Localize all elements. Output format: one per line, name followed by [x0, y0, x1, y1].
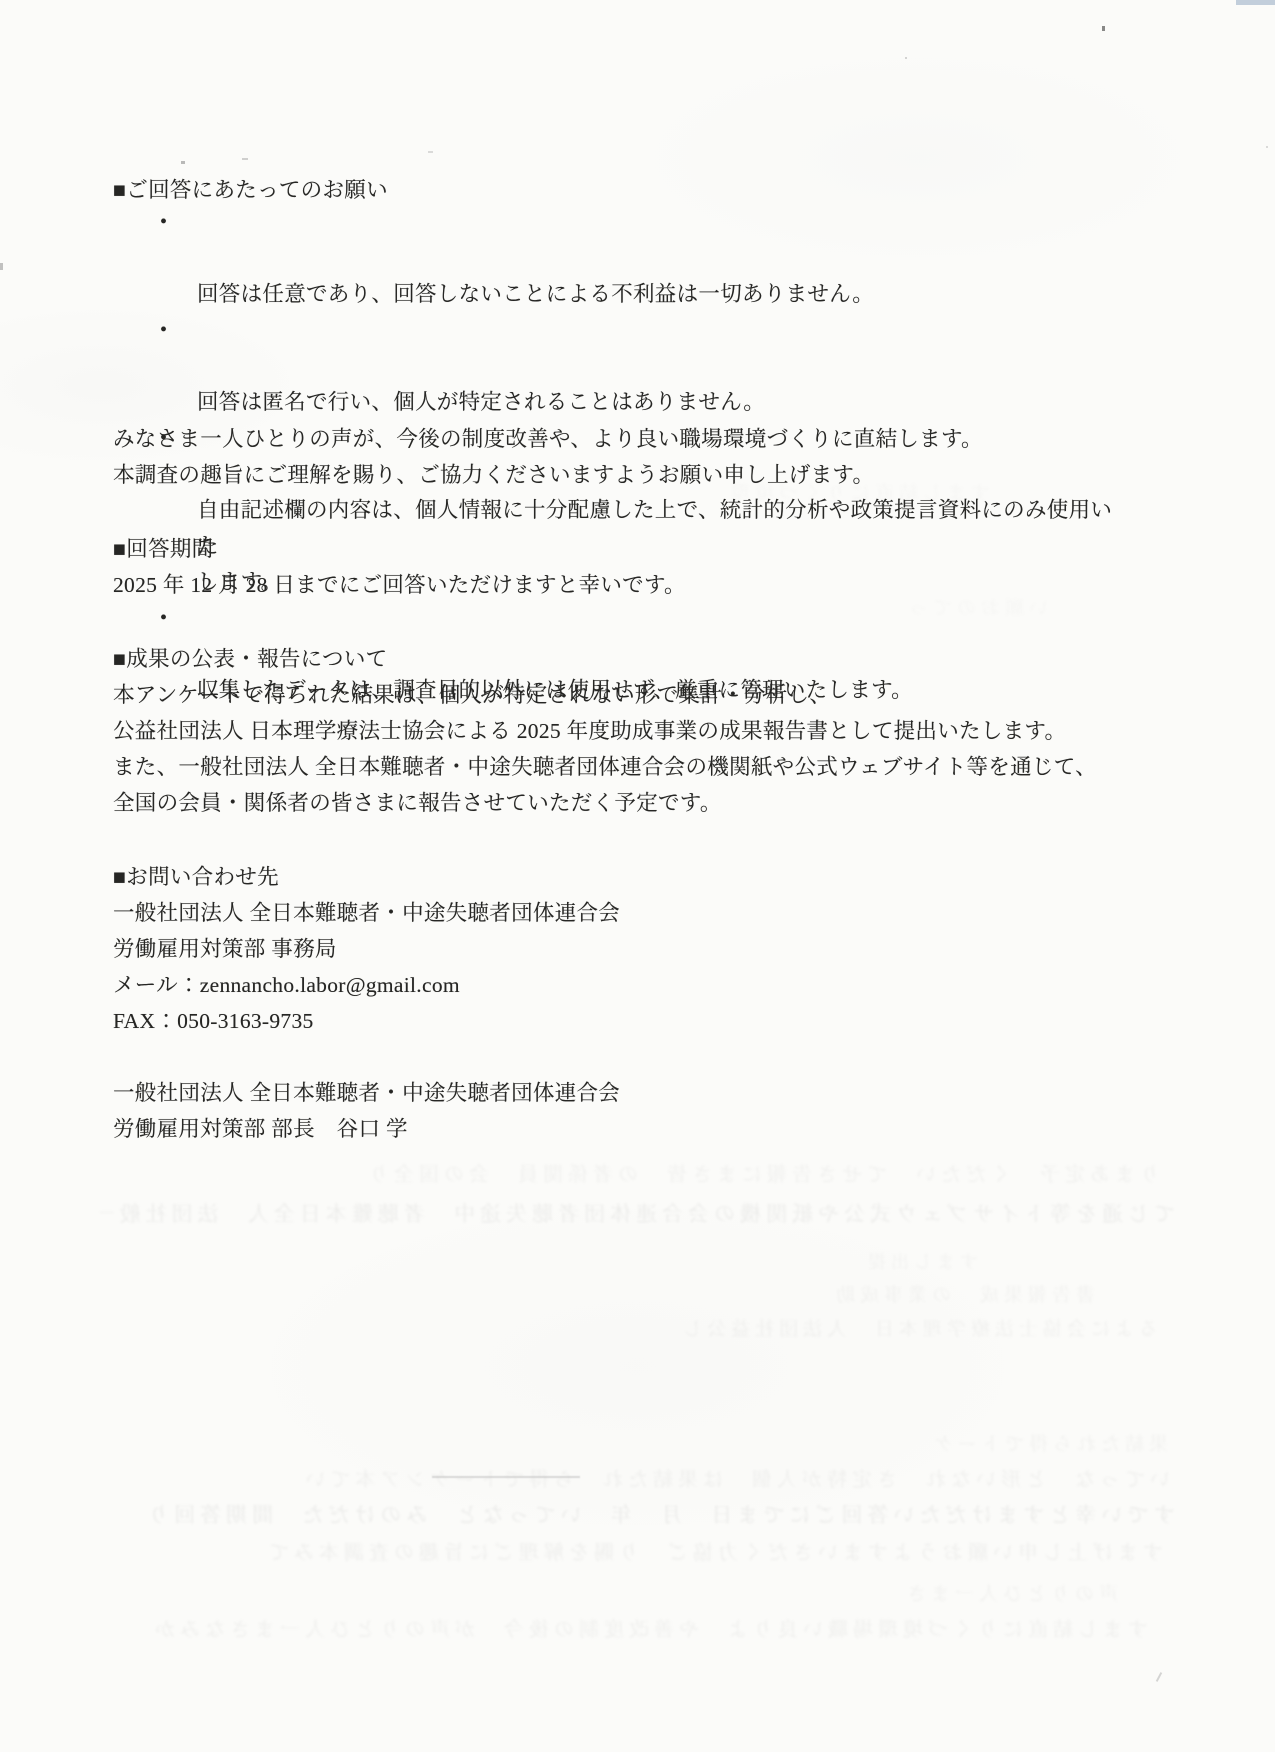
bleedthrough-text: てじ通を等トイサブェウ式公や紙関機の会合連体団者聴失途中 者聴難本日全人 法団社…	[100, 1202, 1175, 1226]
scan-speckle	[905, 57, 907, 59]
section-heading-contact: ■お問い合わせ先	[113, 859, 620, 895]
bleedthrough-text: すでい幸とすまけだたい答回ごにでま日 月 年 いてっなと みのけだた 間期答回り	[100, 1503, 1175, 1527]
scan-speckle	[428, 151, 433, 153]
paragraph-line: 本調査の趣旨にご理解を賜り、ご協力くださいますようお願い申し上げます。	[113, 457, 983, 493]
signature-block: 一般社団法人 全日本難聴者・中途失聴者団体連合会 労働雇用対策部 部長 谷口 学	[113, 1075, 620, 1147]
bullet-icon: •	[160, 312, 167, 348]
scan-speckle	[0, 263, 3, 270]
bleedthrough-text: いてっな と形いなれ さ定特が人個 は果結たれ ら得でトーケンア本てい	[205, 1468, 1170, 1492]
paragraph-line: 公益社団法人 日本理学療法士協会による 2025 年度助成事業の成果報告書として…	[113, 713, 1097, 749]
signature-organization: 一般社団法人 全日本難聴者・中途失聴者団体連合会	[113, 1075, 620, 1111]
list-item: • 回答は任意であり、回答しないことによる不利益は一切ありません。	[113, 204, 1123, 312]
bleedthrough-text: 書告報果成 の業事成助	[775, 1284, 1095, 1308]
section-heading-publication: ■成果の公表・報告について	[113, 641, 1097, 677]
scan-speckle	[1266, 146, 1268, 148]
list-item: • 回答は匿名で行い、個人が特定されることはありません。	[113, 312, 1123, 420]
paragraph-line: 本アンケートで得られた結果は、個人が特定されない形で集計・分析し、	[113, 677, 1097, 713]
paragraph-line: みなさま一人ひとりの声が、今後の制度改善や、より良い職場環境づくりに直結します。	[113, 421, 983, 457]
scanned-document-page: ■ご回答にあたってのお願い • 回答は任意であり、回答しないことによる不利益は一…	[0, 0, 1275, 1752]
contact-department: 労働雇用対策部 事務局	[113, 931, 620, 967]
bleedthrough-text: すまし結直にりくづ境環場職い良りよ や善改度制の後今 が声のりとひ人一まさなみか	[148, 1618, 1148, 1642]
section-heading-period: ■回答期間	[113, 531, 686, 567]
scan-speckle	[242, 158, 248, 160]
paragraph-line: 全国の会員・関係者の皆さまに報告させていただく予定です。	[113, 785, 1097, 821]
bleedthrough-dash	[432, 1476, 580, 1478]
section-contact: ■お問い合わせ先 一般社団法人 全日本難聴者・中途失聴者団体連合会 労働雇用対策…	[113, 859, 620, 1039]
scan-speckle	[1102, 26, 1105, 31]
bleedthrough-text: すまげ上し申い願おうよすまいさだく力協ご り賜を解理ごに旨趣の査調本みて	[153, 1541, 1163, 1565]
period-deadline-text: 2025 年 12 月 28 日までにご回答いただけますと幸いです。	[113, 567, 686, 603]
scan-speckle	[181, 161, 185, 164]
bleedthrough-text: すまし出提	[828, 1250, 978, 1274]
bullet-icon: •	[160, 204, 167, 240]
scan-speckle	[1156, 1672, 1162, 1682]
bleedthrough-text: りまあ定予 くだたい てせさ告報にまさ皆 の者係関員 会の国全り	[150, 1163, 1160, 1187]
bullet-text: 回答は任意であり、回答しないことによる不利益は一切ありません。	[197, 282, 874, 306]
signature-name: 労働雇用対策部 部長 谷口 学	[113, 1111, 620, 1147]
contact-fax: FAX：050-3163-9735	[113, 1003, 620, 1039]
bullet-icon: •	[160, 600, 167, 636]
request-closing-paragraph: みなさま一人ひとりの声が、今後の制度改善や、より良い職場環境づくりに直結します。…	[113, 421, 983, 493]
section-heading-request: ■ご回答にあたってのお願い	[113, 172, 388, 208]
scan-corner-artifact	[1236, 0, 1275, 5]
paragraph-line: また、一般社団法人 全日本難聴者・中途失聴者団体連合会の機関紙や公式ウェブサイト…	[113, 749, 1097, 785]
section-response-period: ■回答期間 2025 年 12 月 28 日までにご回答いただけますと幸いです。	[113, 531, 686, 603]
section-response-request: ■ご回答にあたってのお願い	[113, 172, 388, 208]
contact-organization: 一般社団法人 全日本難聴者・中途失聴者団体連合会	[113, 895, 620, 931]
bullet-text: 回答は匿名で行い、個人が特定されることはありません。	[197, 390, 765, 414]
bleedthrough-text: 声のりとひ人一まさ	[788, 1583, 1118, 1607]
bleedthrough-text: 果結たれら得でトーケ	[838, 1433, 1168, 1457]
section-publication: ■成果の公表・報告について 本アンケートで得られた結果は、個人が特定されない形で…	[113, 641, 1097, 821]
contact-email: メール：zennancho.labor@gmail.com	[113, 967, 620, 1003]
bleedthrough-text: るよに会協士法療学理本日 人法団社益公し	[628, 1318, 1158, 1342]
